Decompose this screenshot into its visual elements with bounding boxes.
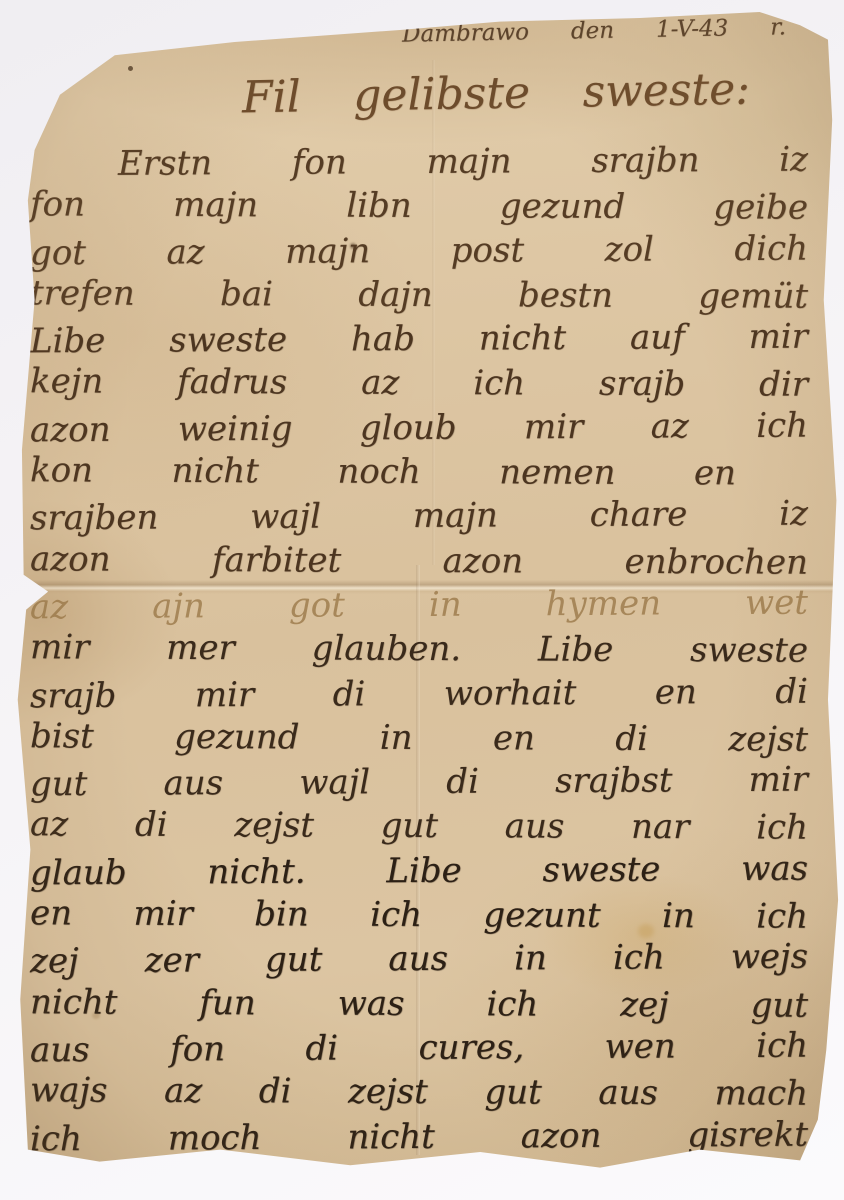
letter-line: trefen bai dajn bestn gemüt xyxy=(30,273,808,321)
letter-line: azon farbitet azon enbrochen xyxy=(30,539,808,587)
letter-line: az ajn got in hymen wet xyxy=(30,583,808,632)
letter-line: fon majn libn gezund geibe xyxy=(30,185,808,233)
letter-line: aus fon di cures, wen ich xyxy=(30,1026,808,1075)
letter-line: bist gezund in en di zejst xyxy=(30,716,808,764)
letter-line: kejn fadrus az ich srajb dir xyxy=(30,362,808,410)
letter-line: wajs az di zejst gut aus mach xyxy=(30,1071,808,1119)
letter-line: glaub nicht. Libe sweste was xyxy=(30,848,808,897)
letter-line: srajb mir di worhait en di xyxy=(30,671,808,720)
scan-background: Dambrawo den 1-V-43 r. Fil gelibste swes… xyxy=(0,0,844,1200)
letter-line: got az majn post zol dich xyxy=(30,228,808,277)
letter-content: Dambrawo den 1-V-43 r. Fil gelibste swes… xyxy=(0,0,844,1200)
letter-dateline: Dambrawo den 1-V-43 r. xyxy=(402,14,786,47)
letter-line: gut aus wajl di srajbst mir xyxy=(30,760,808,809)
letter-line: azon weinig gloub mir az ich xyxy=(30,405,808,454)
letter-line: az di zejst gut aus nar ich xyxy=(30,805,808,853)
letter-line: kon nicht noch nemen en xyxy=(30,450,808,498)
letter-line: nicht fun was ich zej gut xyxy=(30,982,808,1030)
letter-salutation: Fil gelibste sweste: xyxy=(242,64,751,124)
letter-line: mir mer glauben. Libe sweste xyxy=(30,628,808,676)
letter-line: Libe sweste hab nicht auf mir xyxy=(30,317,808,366)
letter-line: en mir bin ich gezunt in ich xyxy=(30,893,808,941)
letter-body: Erstn fon majn srajbn izfon majn libn ge… xyxy=(30,142,808,1161)
letter-line: zej zer gut aus in ich wejs xyxy=(30,937,808,986)
letter-line: Erstn fon majn srajbn iz xyxy=(30,140,808,189)
letter-line: srajben wajl majn chare iz xyxy=(30,494,808,543)
letter-paper: Dambrawo den 1-V-43 r. Fil gelibste swes… xyxy=(0,0,844,1200)
letter-line: ich moch nicht azon gisrekt xyxy=(30,1114,808,1163)
